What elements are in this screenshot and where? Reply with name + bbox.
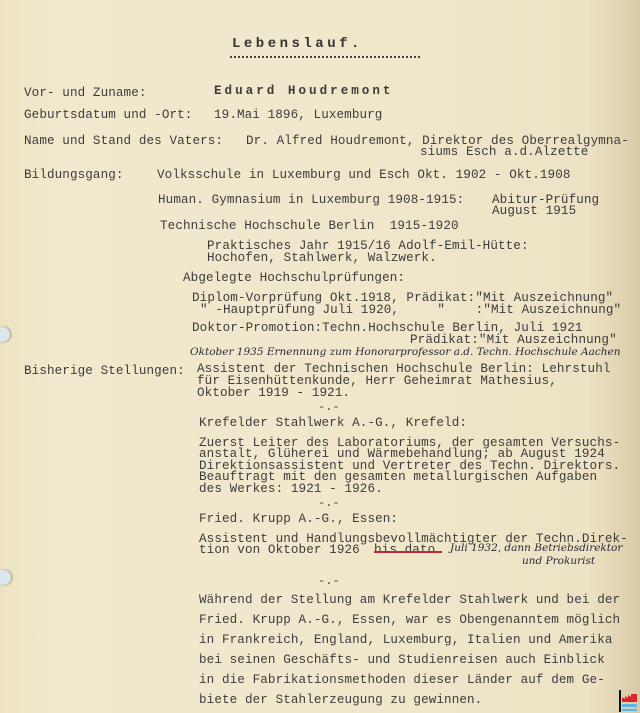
education-line: Volksschule in Luxemburg und Esch Okt. 1… xyxy=(157,169,571,182)
handwritten-note: Juli 1932, dann Betriebsdirektor xyxy=(450,542,622,554)
birth-label: Geburtsdatum und -Ort: xyxy=(24,109,192,122)
education-line: Technische Hochschule Berlin 1915-1920 xyxy=(160,220,459,233)
position-line: Oktober 1919 - 1921. xyxy=(197,387,350,400)
position-line: Krefelder Stahlwerk A.-G., Krefeld: xyxy=(199,417,467,430)
birth-value: 19.Mai 1896, Luxemburg xyxy=(214,109,382,122)
document-title: Lebenslauf. xyxy=(232,36,363,52)
separator: -.- xyxy=(318,496,340,510)
closing-line: Während der Stellung am Krefelder Stahlw… xyxy=(199,594,620,607)
closing-line: in Frankreich, England, Luxemburg, Itali… xyxy=(199,634,613,647)
punch-hole xyxy=(0,570,11,585)
separator: -.- xyxy=(318,574,340,588)
education-label: Bildungsgang: xyxy=(24,169,124,182)
separator: -.- xyxy=(318,400,340,414)
education-line: Hochofen, Stahlwerk, Walzwerk. xyxy=(207,252,437,265)
title-underline xyxy=(230,56,420,58)
closing-line: Fried. Krupp A.-G., Essen, war es Obenge… xyxy=(199,614,620,627)
education-line: August 1915 xyxy=(492,205,576,218)
handwritten-note: Oktober 1935 Ernennung zum Honorarprofes… xyxy=(190,346,620,358)
father-label: Name und Stand des Vaters: xyxy=(24,135,223,148)
positions-label: Bisherige Stellungen: xyxy=(24,365,185,378)
father-value-cont: siums Esch a.d.Alzette xyxy=(420,146,588,159)
closing-line: bei seinen Geschäfts- und Studienreisen … xyxy=(199,654,605,667)
archive-logo-icon xyxy=(618,690,638,712)
education-line: Human. Gymnasium in Luxemburg 1908-1915: xyxy=(158,194,464,207)
position-line: des Werkes: 1921 - 1926. xyxy=(199,483,383,496)
name-label: Vor- und Zuname: xyxy=(24,87,147,100)
position-line: tion von Oktober 1926 xyxy=(199,544,367,557)
name-value: Eduard Houdremont xyxy=(214,85,393,98)
punch-hole xyxy=(0,327,10,342)
position-line: Fried. Krupp A.-G., Essen: xyxy=(199,513,398,526)
strikethrough-mark xyxy=(374,551,442,553)
education-line: Abgelegte Hochschulprüfungen: xyxy=(183,272,405,285)
closing-line: biete der Stahlerzeugung zu gewinnen. xyxy=(199,694,482,707)
handwritten-note: und Prokurist xyxy=(522,555,595,567)
closing-line: in die Fabrikationsmethoden dieser Lände… xyxy=(199,674,605,687)
education-line: " -Hauptprüfung Juli 1920, " :"Mit Ausze… xyxy=(200,304,621,317)
